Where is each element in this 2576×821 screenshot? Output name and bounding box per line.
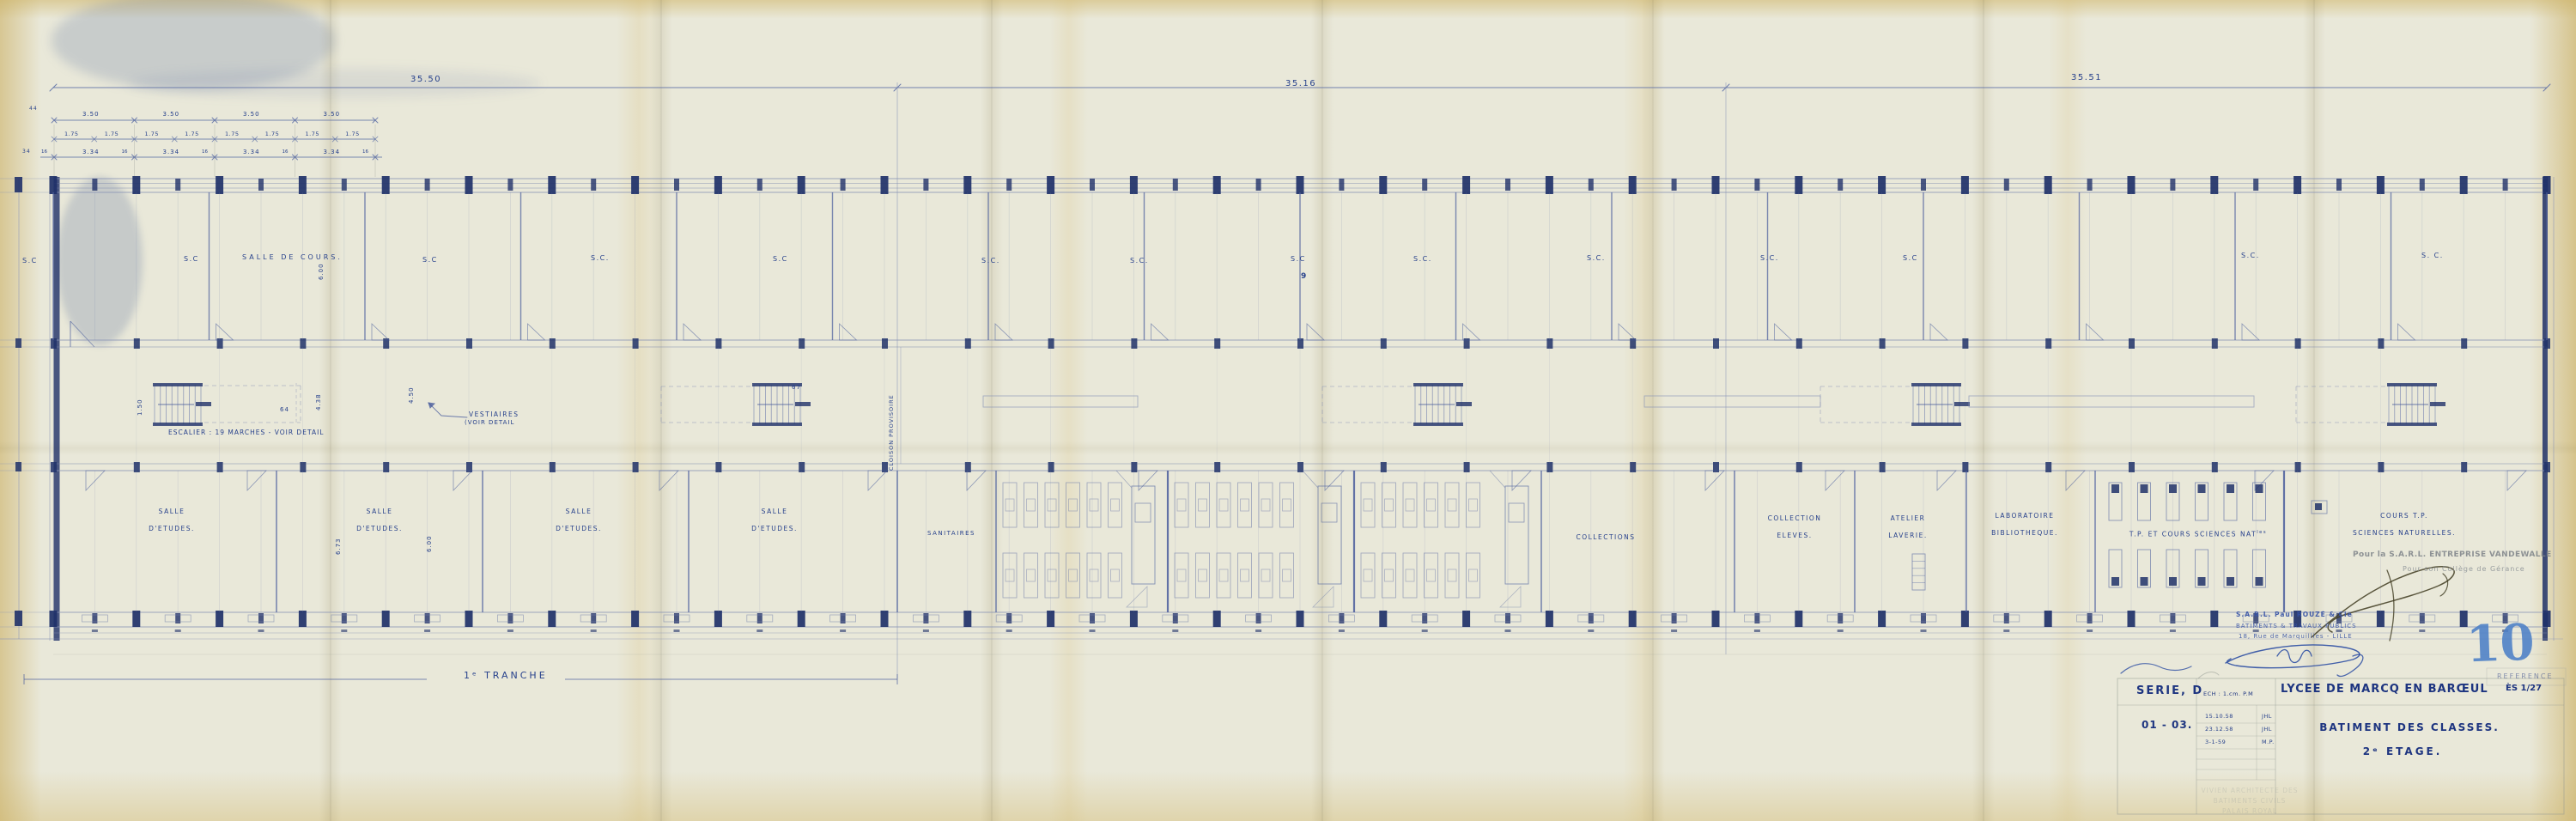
bay-dimension: 1.75 xyxy=(345,131,359,137)
tick xyxy=(674,629,680,632)
title-block-border xyxy=(2117,678,2564,814)
door-swing xyxy=(995,324,1012,340)
corridor-column xyxy=(1962,338,1968,349)
annotation: (VOIR DETAIL xyxy=(465,420,514,426)
annotation: 64 xyxy=(280,407,289,413)
bench xyxy=(1382,483,1396,527)
cupboard-door xyxy=(1321,503,1337,522)
facade-mullion xyxy=(1006,179,1012,191)
bench xyxy=(1003,553,1017,598)
overall-dimension: 35.16 xyxy=(1285,80,1316,88)
room-label-top: S.C. xyxy=(591,255,610,262)
bench-seat xyxy=(1364,569,1372,581)
bench xyxy=(1217,553,1230,598)
corridor-column xyxy=(134,338,140,349)
bench-seat xyxy=(1448,569,1456,581)
facade-mullion xyxy=(1422,179,1427,191)
door-swing xyxy=(2398,324,2415,340)
bench xyxy=(1175,553,1188,598)
facade-mullion xyxy=(2503,179,2508,191)
facade-column xyxy=(1379,176,1387,194)
tick xyxy=(1838,629,1844,632)
bench-seat xyxy=(1048,499,1056,511)
facade-mullion xyxy=(2170,179,2175,191)
tick xyxy=(1172,629,1178,632)
door-swing xyxy=(1619,324,1636,340)
corridor-column xyxy=(2461,338,2467,349)
tick xyxy=(175,629,181,632)
corridor-column xyxy=(1546,462,1552,472)
corridor-column xyxy=(2212,462,2218,472)
bench xyxy=(1467,483,1480,527)
tick xyxy=(1339,629,1345,632)
lab-sink xyxy=(2227,577,2234,586)
facade-mullion xyxy=(757,179,762,191)
room-label-bottom: SALLE xyxy=(762,508,788,515)
corridor-column xyxy=(300,462,306,472)
sheet-ref: ÈS 1/27 xyxy=(2506,684,2542,693)
door-swing xyxy=(2066,471,2085,490)
cupboard-door xyxy=(1509,503,1524,522)
facade-column xyxy=(548,176,556,194)
bench-seat xyxy=(1469,569,1478,581)
bench xyxy=(1280,483,1294,527)
vandewalle-stamp-line1: Pour la S.A.R.L. ENTREPRISE VANDEWALLE xyxy=(2353,551,2552,559)
door-leaf xyxy=(1303,471,1318,488)
lab-sink xyxy=(2198,484,2206,493)
tick xyxy=(2170,629,2176,632)
room-label-bottom: ATELIER xyxy=(1891,515,1926,522)
cupboard-door xyxy=(1135,503,1151,522)
corridor-column xyxy=(633,462,639,472)
room-label-top: SALLE DE COURS. xyxy=(242,254,343,261)
corridor-column xyxy=(2378,338,2384,349)
bay-dimension: 1.75 xyxy=(225,131,239,137)
bench-seat xyxy=(1199,499,1207,511)
bay-dimension: 3.50 xyxy=(163,112,180,118)
facade-column xyxy=(963,176,971,194)
room-label-top: S. C. xyxy=(2421,252,2444,259)
bench xyxy=(1280,553,1294,598)
facade-column xyxy=(1878,611,1886,627)
room-label-bottom: SALLE xyxy=(367,508,393,515)
corridor-column xyxy=(715,462,721,472)
revision-date: 3-1-59 xyxy=(2205,739,2226,745)
facade-mullion xyxy=(1921,179,1926,191)
facade-column xyxy=(881,611,889,627)
tick xyxy=(424,629,430,632)
corridor-column xyxy=(799,462,805,472)
room-label-bottom: SALLE xyxy=(159,508,185,515)
stair-arrow xyxy=(1456,402,1472,406)
facade-column xyxy=(465,176,473,194)
facade-column xyxy=(50,611,58,627)
facade-column xyxy=(2128,176,2136,194)
annotation: 67 xyxy=(792,385,801,391)
room-label-top: S.C. xyxy=(1760,255,1779,262)
bench-seat xyxy=(1241,569,1249,581)
facade-column xyxy=(714,611,722,627)
door-swing xyxy=(1307,324,1324,340)
facade-column xyxy=(1213,176,1221,194)
facade-column xyxy=(798,176,805,194)
corridor-column xyxy=(550,462,556,472)
scale-label: ECH : 1.cm. P.M xyxy=(2203,691,2253,697)
stair-arrow xyxy=(2430,402,2445,406)
architect-stamp-line: BATIMENTS CIVILS xyxy=(2214,797,2287,805)
corridor-column xyxy=(51,462,57,472)
bench-seat xyxy=(1427,569,1436,581)
room-label-bottom: BIBLIOTHEQUE. xyxy=(1991,530,2058,537)
bench-seat xyxy=(1090,569,1098,581)
annotation: 4.38 xyxy=(316,393,322,410)
door-swing xyxy=(1463,324,1480,340)
corridor-column xyxy=(2045,462,2051,472)
bay-dimension: 1.75 xyxy=(105,131,118,137)
bench-seat xyxy=(1048,569,1056,581)
tick xyxy=(2087,629,2093,632)
facade-column xyxy=(1047,611,1054,627)
facade-mullion xyxy=(591,179,596,191)
bench xyxy=(1109,553,1122,598)
stair-edge xyxy=(752,423,802,426)
bench-seat xyxy=(1069,499,1078,511)
bay-dimension: 1.75 xyxy=(185,131,198,137)
facade-column xyxy=(1961,176,1969,194)
bench-seat xyxy=(1385,569,1394,581)
corridor-column xyxy=(1214,462,1220,472)
corridor-column xyxy=(633,338,639,349)
column xyxy=(15,611,22,626)
lab-sink xyxy=(2141,577,2148,586)
corridor-column xyxy=(383,462,389,472)
corridor-column xyxy=(550,338,556,349)
bench xyxy=(1445,483,1459,527)
lab-sink xyxy=(2198,577,2206,586)
room-label-bottom: SCIENCES NATURELLES. xyxy=(2353,530,2456,537)
tick xyxy=(591,629,597,632)
room-label-bottom: ELEVES. xyxy=(1777,532,1812,539)
annotation: CLOISON PROVISOIRE xyxy=(889,394,895,471)
signature-rouze xyxy=(2277,650,2312,663)
facade-column xyxy=(299,611,307,627)
floor-label: 2ᵉ ETAGE. xyxy=(2363,746,2443,757)
bench xyxy=(1403,553,1417,598)
door-leaf xyxy=(1116,471,1132,488)
facade-column xyxy=(2044,176,2052,194)
facade-mullion xyxy=(258,179,264,191)
facade-mullion xyxy=(1672,179,1677,191)
bench-seat xyxy=(1241,499,1249,511)
overall-dimension: 35.51 xyxy=(2071,74,2102,82)
bench xyxy=(1087,483,1101,527)
door-swing xyxy=(1930,324,1947,340)
room-label-top: S.C xyxy=(422,257,438,264)
bench-seat xyxy=(1261,499,1270,511)
corridor-column xyxy=(1464,462,1470,472)
door-swing xyxy=(2507,471,2526,490)
bench xyxy=(1024,483,1038,527)
bench-seat xyxy=(1406,499,1414,511)
facade-column xyxy=(132,176,140,194)
corridor-table xyxy=(1644,396,1820,407)
facade-column xyxy=(2543,176,2551,194)
bench-seat xyxy=(1219,499,1228,511)
room-label-bottom: COLLECTIONS xyxy=(1576,534,1635,541)
bench xyxy=(1425,483,1438,527)
corridor-table xyxy=(983,396,1138,407)
lab-sink xyxy=(2111,577,2119,586)
facade-mullion xyxy=(1339,179,1344,191)
facade-mullion xyxy=(923,179,928,191)
bay-dimension: 3.34 xyxy=(82,149,100,155)
facade-mullion xyxy=(1173,179,1178,191)
stair-edge xyxy=(153,423,203,426)
tick xyxy=(756,629,762,632)
revision-date: 15.10.58 xyxy=(2205,713,2233,720)
room-label-bottom: D'ETUDES. xyxy=(149,526,195,532)
leader-arrow xyxy=(428,403,434,408)
revision-initials: M.P. xyxy=(2262,739,2275,745)
bay-dimension: 16 xyxy=(362,150,368,155)
door-leaf xyxy=(1490,471,1505,488)
column xyxy=(15,338,21,348)
tick xyxy=(2003,629,2009,632)
blueprint-scan: 35.5035.1635.513.503.503.503.501.751.751… xyxy=(0,0,2576,821)
bench xyxy=(1217,483,1230,527)
facade-column xyxy=(50,176,58,194)
signature-small xyxy=(2121,664,2191,673)
tick xyxy=(507,629,513,632)
room-label-top: S.C xyxy=(1291,256,1306,263)
overall-dimension: 35.50 xyxy=(410,76,441,84)
bay-dimension: 3.50 xyxy=(82,112,100,118)
signature-rouze xyxy=(2337,654,2363,676)
facade-mullion xyxy=(342,179,347,191)
tick xyxy=(923,629,929,632)
door-swing xyxy=(1937,471,1956,490)
facade-mullion xyxy=(674,179,679,191)
room-label-top: S.C xyxy=(184,256,199,263)
facade-column xyxy=(881,176,889,194)
annotation: 9 xyxy=(1301,273,1307,281)
cupboard xyxy=(1132,486,1155,584)
corridor-column xyxy=(1713,338,1719,349)
corridor-column xyxy=(466,338,472,349)
bench xyxy=(1003,483,1017,527)
corridor-column xyxy=(134,462,140,472)
rouze-stamp-line3: 18, Rue de Marquillies - LILLE xyxy=(2239,634,2353,640)
series-label: SERIE, D xyxy=(2136,685,2203,696)
corridor-column xyxy=(1048,338,1054,349)
facade-column xyxy=(963,611,971,627)
corridor-column xyxy=(2378,462,2384,472)
facade-mullion xyxy=(841,179,846,191)
room-label-bottom: D'ETUDES. xyxy=(556,526,602,532)
room-label-top: S.C. xyxy=(1130,258,1149,265)
facade-column xyxy=(216,176,223,194)
revision-date: 23.12.58 xyxy=(2205,726,2233,733)
room-label-bottom: LAVERIE. xyxy=(1888,532,1927,539)
bench-seat xyxy=(1111,499,1120,511)
bench xyxy=(1196,483,1210,527)
room-label-bottom: D'ETUDES. xyxy=(751,526,798,532)
facade-column xyxy=(1795,611,1802,627)
corridor-column xyxy=(1131,462,1137,472)
room-label-bottom: SALLE xyxy=(566,508,592,515)
bench xyxy=(1445,553,1459,598)
facade-column xyxy=(2460,176,2468,194)
architect-stamp-line: VIVIEN ARCHITECTE DES xyxy=(2201,787,2298,794)
bench-seat xyxy=(1069,569,1078,581)
room-label-top: S.C. xyxy=(1587,255,1606,262)
facade-column xyxy=(2210,176,2218,194)
bench xyxy=(1467,553,1480,598)
lab-sink xyxy=(2141,484,2148,493)
room-label-top: S.C. xyxy=(981,258,1000,265)
bay-dimension: 3.50 xyxy=(243,112,260,118)
annotation: 1.50 xyxy=(137,398,143,416)
tick xyxy=(1754,629,1760,632)
facade-column xyxy=(382,176,390,194)
bench-seat xyxy=(1448,499,1456,511)
door-swing xyxy=(453,471,472,490)
door-swing xyxy=(1775,324,1792,340)
tick xyxy=(2336,629,2342,632)
facade-column xyxy=(1213,611,1221,627)
facade-column xyxy=(2128,611,2136,627)
sheet-index: 01 - 03. xyxy=(2142,720,2192,730)
facade-column xyxy=(1462,611,1470,627)
facade-column xyxy=(465,611,473,627)
corridor-column xyxy=(2544,462,2550,472)
facade-column xyxy=(1047,176,1054,194)
bench-seat xyxy=(1199,569,1207,581)
corridor-column xyxy=(217,462,223,472)
facade-mullion xyxy=(1505,179,1510,191)
bench-seat xyxy=(1005,569,1014,581)
tick xyxy=(1255,629,1261,632)
bench-seat xyxy=(1027,499,1036,511)
door-swing xyxy=(1826,471,1844,490)
tranche-label: 1ᵉ TRANCHE xyxy=(464,671,548,680)
door-swing xyxy=(2242,324,2259,340)
corridor-column xyxy=(2461,462,2467,472)
page-number-stamp: 10 xyxy=(2465,617,2535,670)
bay-dimension: 34 xyxy=(22,149,31,155)
revision-row: 15.10.58JHL xyxy=(2205,713,2233,720)
lab-sink xyxy=(2169,577,2177,586)
bay-dimension: 3.50 xyxy=(324,112,341,118)
facade-column xyxy=(1629,611,1637,627)
annotation: 6.73 xyxy=(336,538,342,555)
facade-column xyxy=(1297,176,1304,194)
bench-seat xyxy=(1177,569,1186,581)
room-label-top: S.C xyxy=(22,258,38,265)
project-title: LYCEE DE MARCQ EN BARŒUL xyxy=(2281,684,2488,695)
facade-column xyxy=(631,611,639,627)
bench-seat xyxy=(1090,499,1098,511)
stair-edge xyxy=(1413,383,1463,386)
corridor-column xyxy=(1381,462,1387,472)
facade-column xyxy=(1462,176,1470,194)
bench xyxy=(1425,553,1438,598)
bay-dimension: 1.75 xyxy=(306,131,319,137)
bench xyxy=(1361,553,1375,598)
door-swing xyxy=(1705,471,1724,490)
bench xyxy=(1045,553,1059,598)
corridor-column xyxy=(1962,462,1968,472)
bench-seat xyxy=(1261,569,1270,581)
bench-seat xyxy=(1406,569,1414,581)
facade-mullion xyxy=(2420,179,2425,191)
bench xyxy=(1361,483,1375,527)
door-swing xyxy=(840,324,857,340)
bench-seat xyxy=(1427,499,1436,511)
corridor-column xyxy=(1630,462,1636,472)
bench-seat xyxy=(1177,499,1186,511)
facade-column xyxy=(382,611,390,627)
tick xyxy=(258,629,264,632)
room-label-top: S.C xyxy=(1903,255,1918,262)
rouze-stamp-line2: BATIMENTS & TRAVAUX PUBLICS xyxy=(2236,623,2357,629)
bay-dimension: 16 xyxy=(283,150,289,155)
tick xyxy=(92,629,98,632)
bench xyxy=(1259,483,1273,527)
architect-stamp-line: PALAIS ROYAL xyxy=(2222,807,2277,815)
door-swing xyxy=(86,471,105,490)
revision-row: 3-1-59M.P. xyxy=(2205,739,2226,745)
lab-sink xyxy=(2256,484,2263,493)
bench xyxy=(1045,483,1059,527)
stair-arrow xyxy=(196,402,211,406)
corridor-column xyxy=(2295,338,2301,349)
corridor-table xyxy=(1969,396,2254,407)
facade-column xyxy=(2543,611,2551,627)
tick xyxy=(2419,629,2425,632)
tick xyxy=(1090,629,1096,632)
bench-seat xyxy=(1111,569,1120,581)
facade-mullion xyxy=(1090,179,1095,191)
tick xyxy=(1505,629,1511,632)
door-swing xyxy=(967,471,986,490)
bay-dimension: 1.75 xyxy=(265,131,279,137)
facade-column xyxy=(1961,611,1969,627)
bench-seat xyxy=(1005,499,1014,511)
stair-edge xyxy=(2387,423,2437,426)
bench-seat xyxy=(1469,499,1478,511)
door-swing xyxy=(1127,587,1147,607)
corridor-column xyxy=(1048,462,1054,472)
stair-edge xyxy=(2387,383,2437,386)
stair-edge xyxy=(1911,423,1961,426)
floor-plan-drawing xyxy=(0,0,2576,821)
lab-sink xyxy=(2111,484,2119,493)
facade-column xyxy=(2044,611,2052,627)
corridor-column xyxy=(300,338,306,349)
bay-dimension: 16 xyxy=(41,150,47,155)
column xyxy=(15,177,22,192)
door-swing xyxy=(247,471,266,490)
bench-seat xyxy=(1219,569,1228,581)
facade-column xyxy=(714,176,722,194)
corridor-column xyxy=(799,338,805,349)
annotation: 4.50 xyxy=(409,386,415,404)
bay-dimension: 16 xyxy=(122,150,128,155)
facade-mullion xyxy=(1754,179,1759,191)
bench xyxy=(1196,553,1210,598)
room-label-top: S.C. xyxy=(1413,256,1432,263)
